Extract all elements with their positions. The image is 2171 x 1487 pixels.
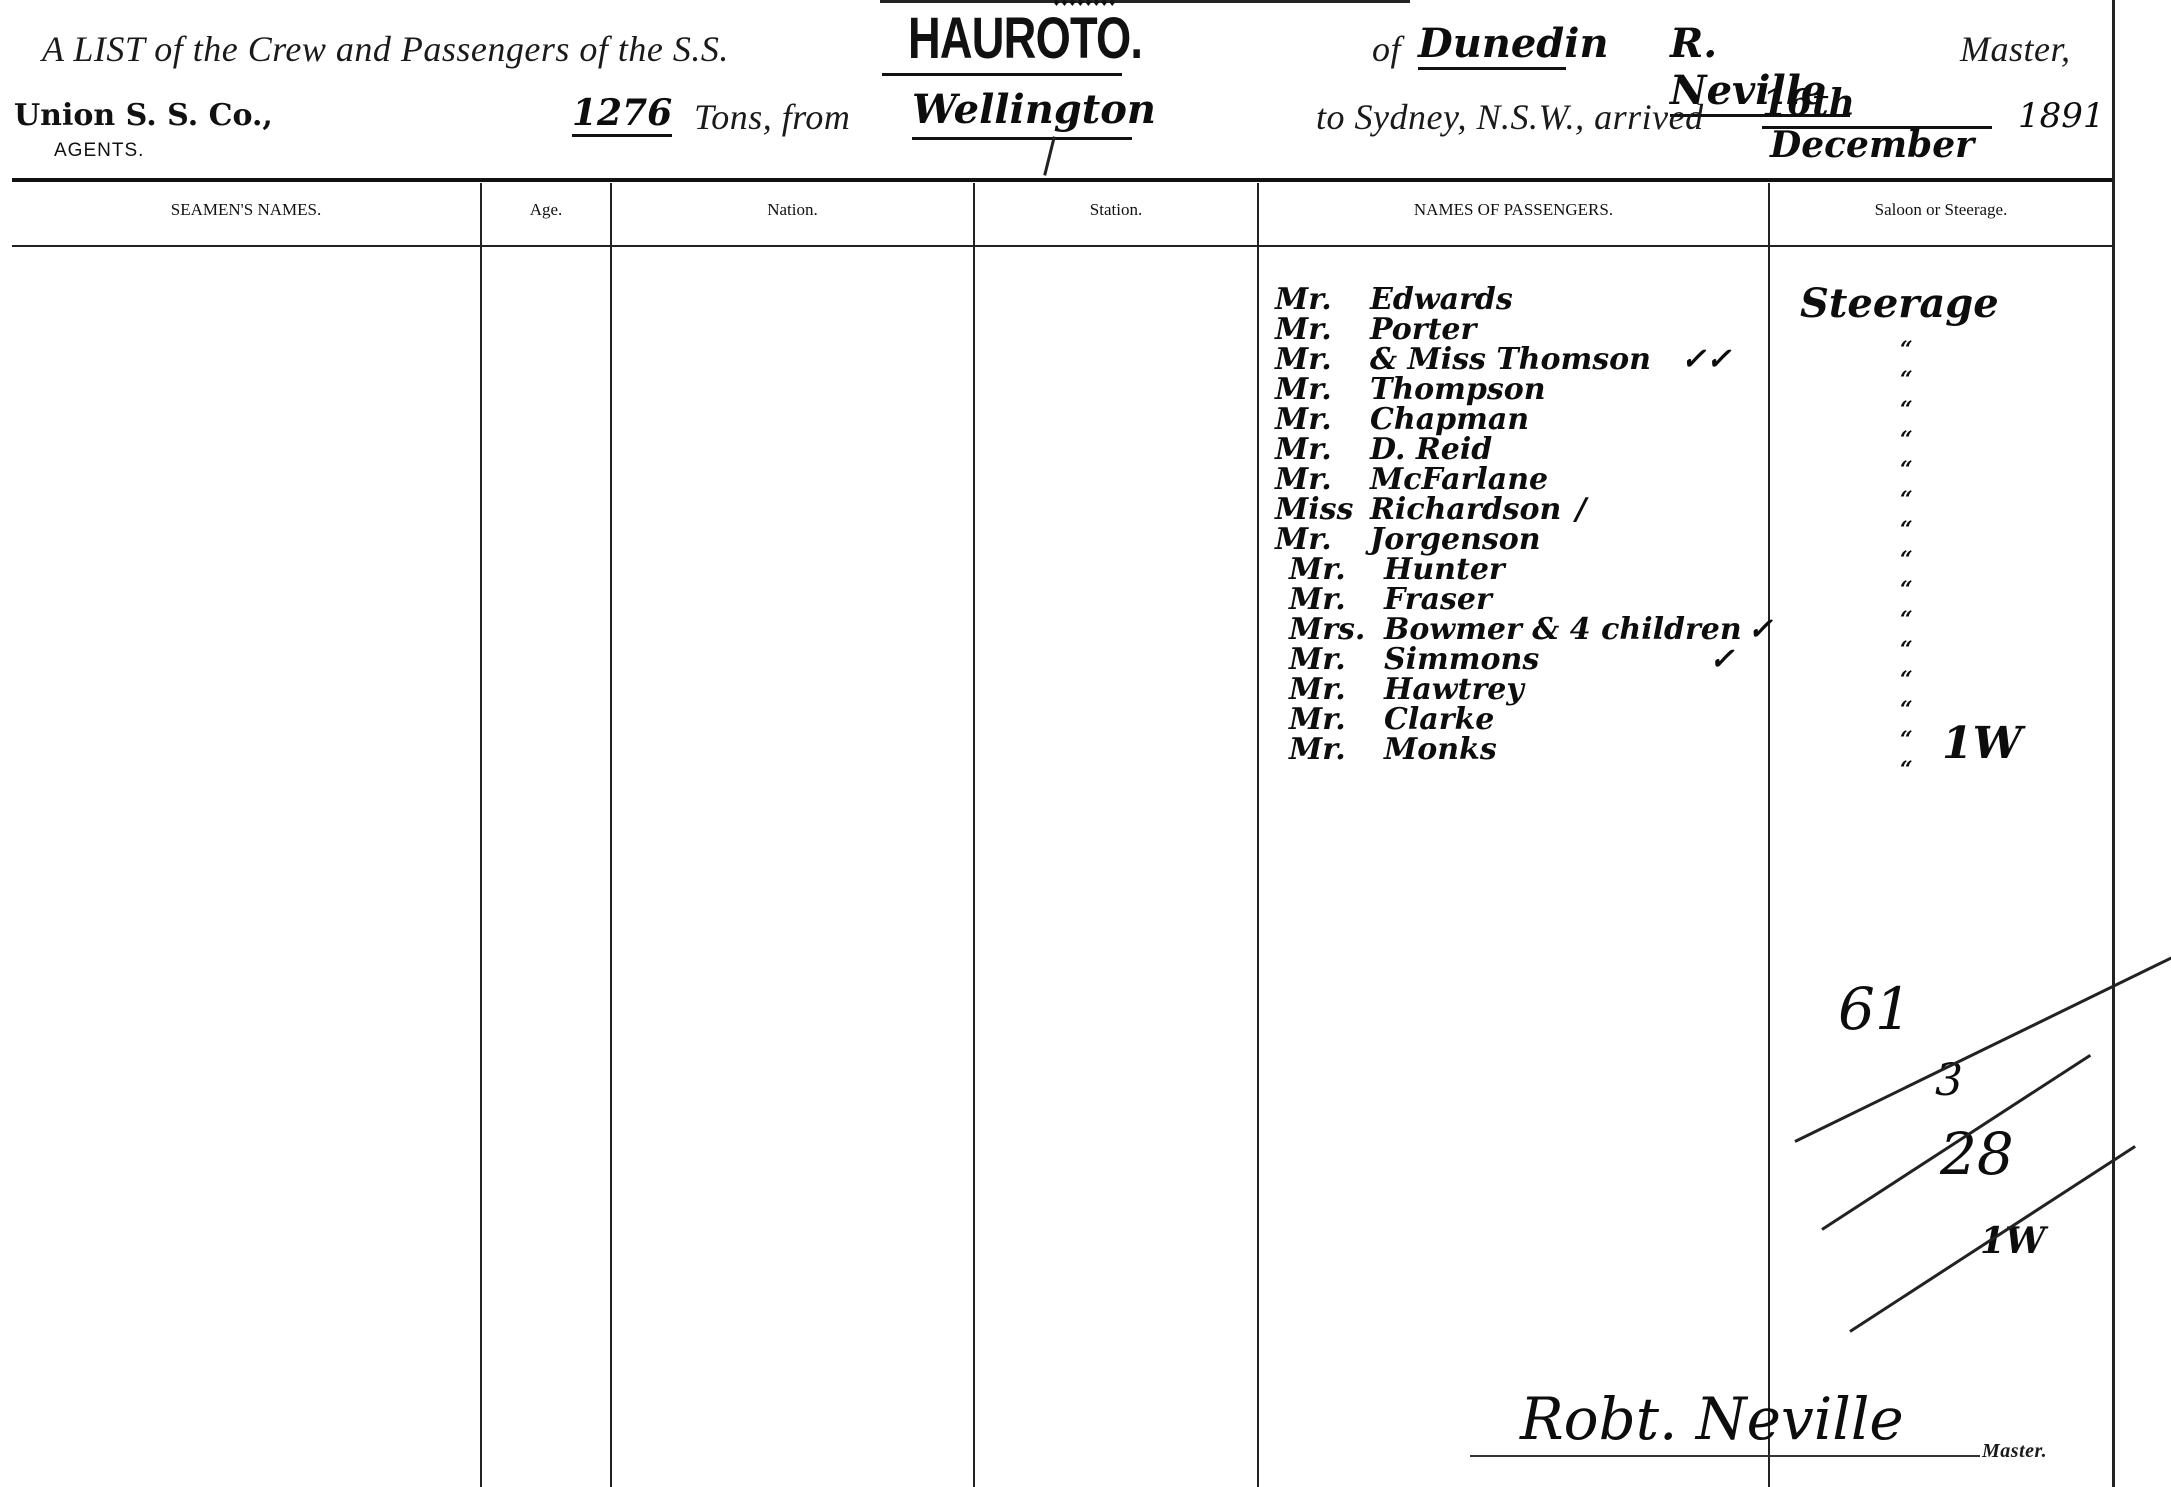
pen-stroke — [1043, 136, 1056, 176]
col-divider-nation — [610, 183, 612, 1487]
passenger-row: Mr.McFarlane — [1275, 465, 1773, 495]
header-top-rule — [880, 0, 1410, 3]
table-header-rule — [12, 245, 2112, 247]
arrival-month: December — [1770, 124, 1974, 166]
destination-label: to Sydney, N.S.W., arrived — [1316, 96, 1704, 138]
agent-company: Union S. S. Co., — [14, 98, 273, 133]
passenger-row: Mr.Jorgenson — [1275, 525, 1773, 555]
ditto-mark: “ — [1900, 635, 1913, 665]
ditto-mark: “ — [1900, 455, 1913, 485]
signature-master-label: Master. — [1982, 1440, 2047, 1463]
check-mark: ✓ — [1709, 642, 1734, 677]
ship-name: HAUROTO. — [908, 10, 1142, 68]
ditto-mark: “ — [1900, 545, 1913, 575]
ditto-mark: “ — [1900, 485, 1913, 515]
agents-label: AGENTS. — [54, 140, 144, 162]
col-header-station: Station. — [975, 200, 1257, 220]
tally-top: 61 — [1838, 975, 1912, 1043]
check-mark: / — [1575, 492, 1586, 527]
master-signature: Robt. Neville — [1520, 1385, 1904, 1453]
check-mark: ✓✓ — [1681, 342, 1731, 377]
col-divider-station — [973, 183, 975, 1487]
signature-line — [1470, 1455, 1980, 1457]
passenger-row: Mrs.Bowmer & 4 children✓ — [1275, 615, 1773, 645]
class-steerage: Steerage — [1800, 280, 1999, 327]
ship-name-underline — [882, 73, 1122, 76]
passenger-row: Mr.Hunter — [1275, 555, 1773, 585]
ditto-mark: “ — [1900, 725, 1913, 755]
ditto-mark: “ — [1900, 515, 1913, 545]
passenger-row: Mr.Hawtrey — [1275, 675, 1773, 705]
ditto-mark: “ — [1900, 665, 1913, 695]
port-of-registry: Dunedin — [1418, 20, 1566, 70]
passenger-row: Mr.Chapman — [1275, 405, 1773, 435]
tons-from-label: Tons, from — [694, 96, 850, 138]
passenger-row: Mr.Thompson — [1275, 375, 1773, 405]
col-header-age: Age. — [482, 200, 610, 220]
departure-port: Wellington — [912, 86, 1132, 140]
arrival-day: 16th — [1762, 82, 1855, 124]
col-header-passengers: NAMES OF PASSENGERS. — [1259, 200, 1768, 220]
class-side-mark: 1W — [1942, 718, 2022, 769]
passenger-row: Mr.Clarke — [1275, 705, 1773, 735]
ditto-mark: “ — [1900, 605, 1913, 635]
col-header-nation: Nation. — [612, 200, 973, 220]
passenger-row: Mr.Fraser — [1275, 585, 1773, 615]
passenger-list: Mr.Edwards Mr.Porter Mr.& Miss Thomson✓✓… — [1275, 285, 1773, 765]
passenger-row: Mr.D. Reid — [1275, 435, 1773, 465]
ditto-mark: “ — [1900, 335, 1913, 365]
check-mark: ✓ — [1748, 612, 1773, 647]
col-divider-age — [480, 183, 482, 1487]
passenger-row: Mr.Porter — [1275, 315, 1773, 345]
ditto-mark: “ — [1900, 395, 1913, 425]
passenger-row: Mr.Simmons✓ — [1275, 645, 1773, 675]
tonnage: 1276 — [572, 92, 672, 137]
ditto-mark: “ — [1900, 425, 1913, 455]
ditto-mark: “ — [1900, 695, 1913, 725]
ditto-mark: “ — [1900, 575, 1913, 605]
passenger-row: Mr.Monks — [1275, 735, 1773, 765]
page-right-edge — [2112, 0, 2115, 1487]
col-header-class: Saloon or Steerage. — [1770, 200, 2112, 220]
passenger-row: Mr.Edwards — [1275, 285, 1773, 315]
of-label: of — [1372, 28, 1401, 70]
arrival-date: 16th December — [1762, 82, 1992, 129]
table-top-rule — [12, 178, 2112, 182]
col-divider-passengers — [1257, 183, 1259, 1487]
col-header-seamen: SEAMEN'S NAMES. — [12, 200, 480, 220]
ditto-mark: “ — [1900, 755, 1913, 785]
master-label: Master, — [1960, 28, 2071, 70]
ditto-mark: “ — [1900, 365, 1913, 395]
class-ditto-list: “ “ “ “ “ “ “ “ “ “ “ “ “ “ “ — [1900, 335, 1913, 785]
list-title: A LIST of the Crew and Passengers of the… — [42, 28, 729, 70]
arrival-year: 1891 — [2018, 96, 2105, 136]
passenger-row: Mr.& Miss Thomson✓✓ — [1275, 345, 1773, 375]
passenger-row: MissRichardson/ — [1275, 495, 1773, 525]
